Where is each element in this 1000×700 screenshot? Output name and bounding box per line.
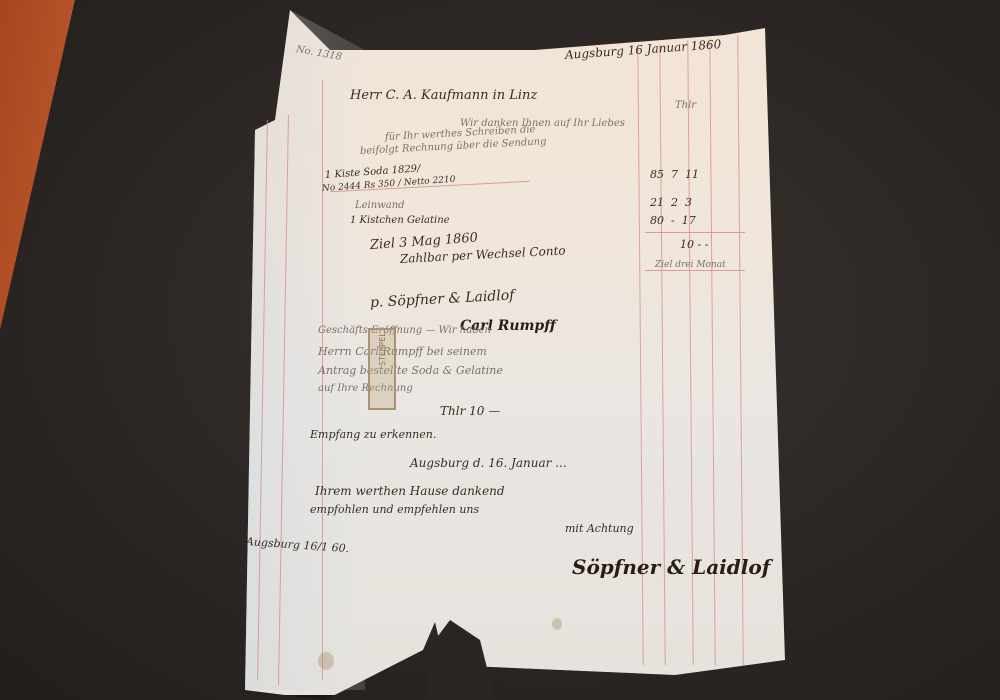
body-line: Antrag bestellte Soda & Gelatine	[318, 364, 503, 377]
column-header: Thlr	[675, 100, 696, 111]
closing-line: Empfang zu erkennen.	[310, 428, 436, 441]
total: Thlr 10 —	[440, 404, 500, 418]
item-amount: 80 - 17	[650, 214, 696, 227]
closing-line: Ihrem werthen Hause dankend	[315, 484, 505, 498]
body-line: auf Ihre Rechnung	[318, 383, 413, 394]
closing-line: empfohlen und empfehlen uns	[310, 503, 479, 516]
item-desc: Leinwand	[355, 200, 405, 211]
ruling-rule	[645, 270, 745, 271]
item-desc: 1 Kistchen Gelatine	[350, 215, 450, 226]
ruling-line	[322, 80, 323, 680]
closing-line: mit Achtung	[565, 522, 634, 535]
item-amount: 21 2 3	[650, 196, 692, 209]
item-amount: 85 7 11	[650, 168, 699, 181]
addressee: Herr C. A. Kaufmann in Linz	[350, 88, 537, 103]
body-line: Geschäfts-Eröffnung — Wir haben	[318, 325, 491, 336]
signature: Söpfner & Laidlof	[572, 555, 770, 579]
body-line: Herrn Carl Rumpff bei seinem	[318, 345, 487, 358]
ruling-rule	[645, 232, 745, 233]
ink-stamp: STEMPEL	[368, 328, 396, 410]
terms-amount: 10 - -	[680, 238, 708, 251]
stain	[318, 652, 334, 670]
terms-label: Ziel drei Monat	[655, 260, 726, 270]
closing-line: Augsburg d. 16. Januar ...	[410, 456, 567, 470]
stain	[552, 618, 562, 630]
